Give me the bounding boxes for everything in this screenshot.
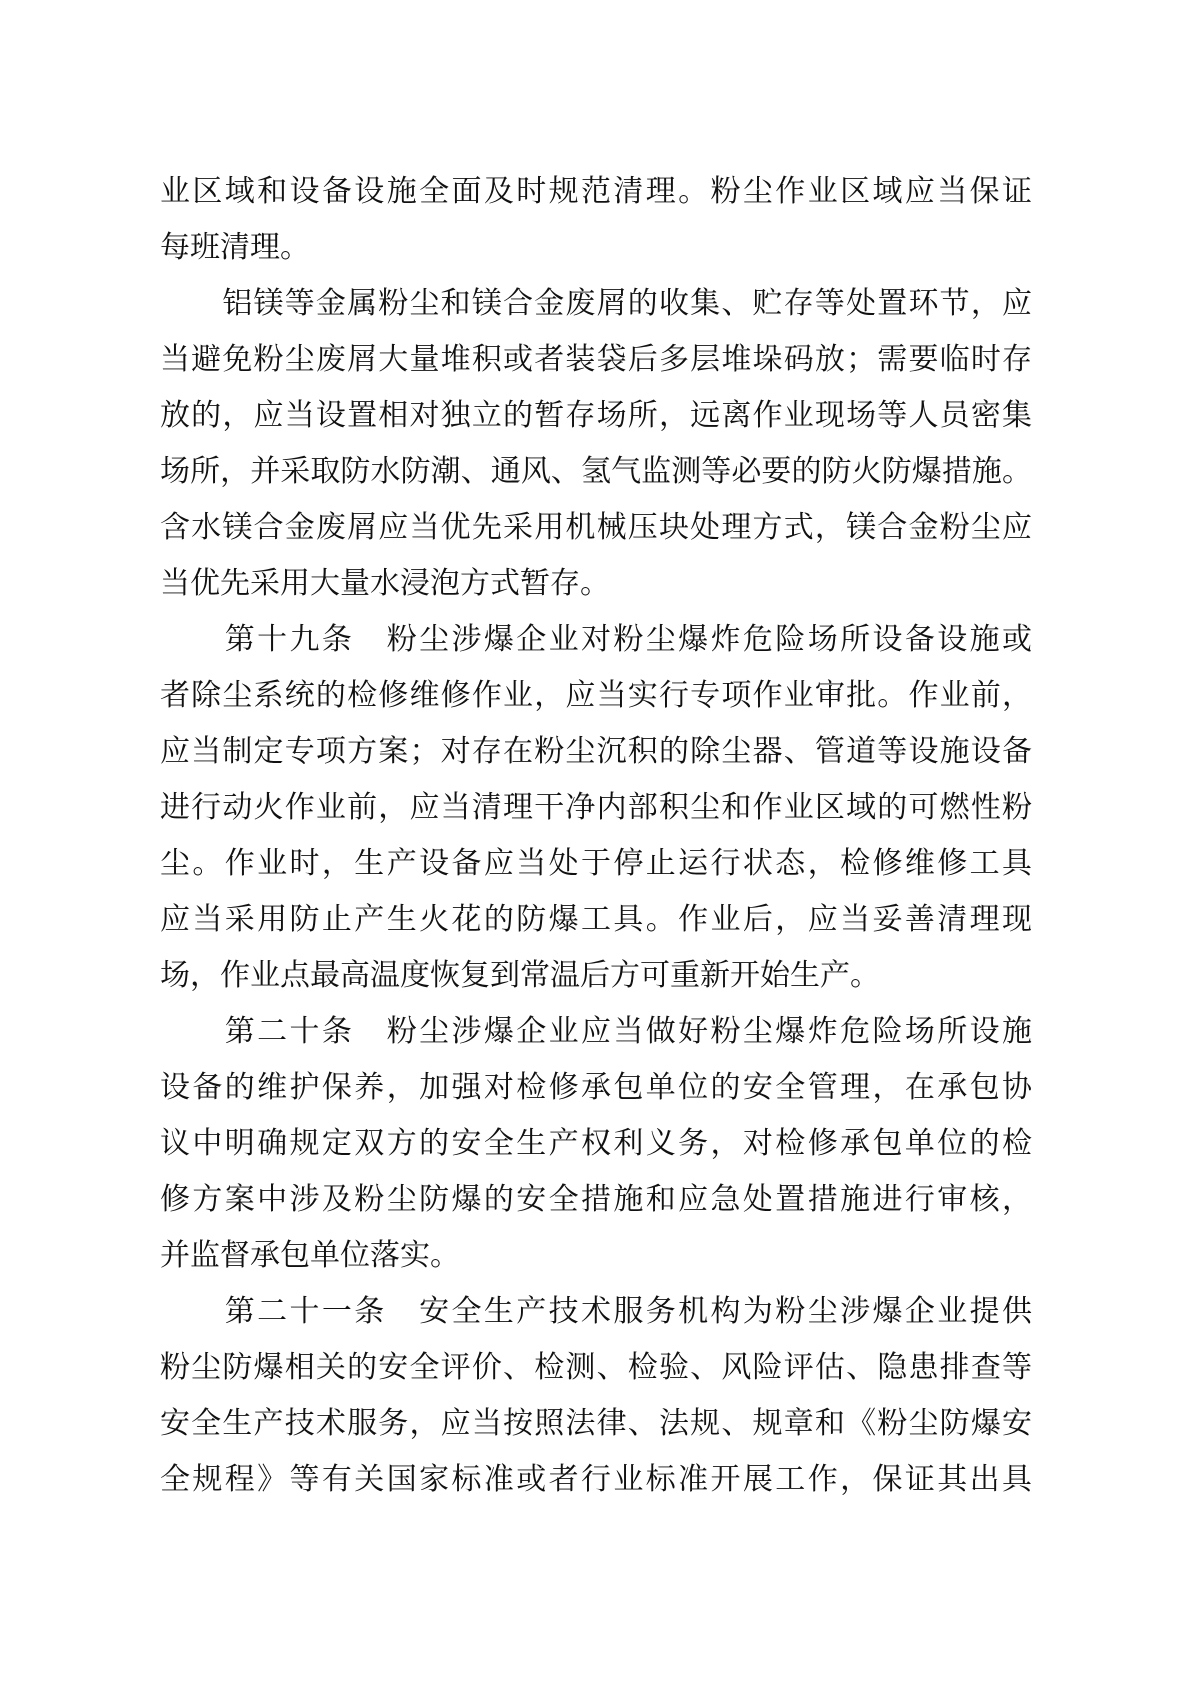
text-line: 应当采用防止产生火花的防爆工具。作业后，应当妥善清理现 — [160, 892, 1032, 948]
text-line: 议中明确规定双方的安全生产权利义务，对检修承包单位的检 — [160, 1116, 1032, 1172]
text-line: 第十九条 粉尘涉爆企业对粉尘爆炸危险场所设备设施或 — [160, 612, 1032, 668]
document-page: 业区域和设备设施全面及时规范清理。粉尘作业区域应当保证 每班清理。 铝镁等金属粉… — [0, 0, 1190, 1683]
text-line: 场所，并采取防水防潮、通风、氢气监测等必要的防火防爆措施。 — [160, 444, 1032, 500]
text-line: 场，作业点最高温度恢复到常温后方可重新开始生产。 — [160, 948, 1032, 1004]
text-line: 设备的维护保养，加强对检修承包单位的安全管理，在承包协 — [160, 1060, 1032, 1116]
text-line: 应当制定专项方案；对存在粉尘沉积的除尘器、管道等设施设备 — [160, 724, 1032, 780]
text-line: 业区域和设备设施全面及时规范清理。粉尘作业区域应当保证 — [160, 164, 1032, 220]
text-line: 安全生产技术服务，应当按照法律、法规、规章和《粉尘防爆安 — [160, 1396, 1032, 1452]
text-line: 进行动火作业前，应当清理干净内部积尘和作业区域的可燃性粉 — [160, 780, 1032, 836]
text-line: 放的，应当设置相对独立的暂存场所，远离作业现场等人员密集 — [160, 388, 1032, 444]
text-line: 含水镁合金废屑应当优先采用机械压块处理方式，镁合金粉尘应 — [160, 500, 1032, 556]
text-line: 修方案中涉及粉尘防爆的安全措施和应急处置措施进行审核， — [160, 1172, 1032, 1228]
text-line: 者除尘系统的检修维修作业，应当实行专项作业审批。作业前， — [160, 668, 1032, 724]
text-line: 每班清理。 — [160, 220, 1032, 276]
text-line: 全规程》等有关国家标准或者行业标准开展工作，保证其出具 — [160, 1452, 1032, 1508]
text-line: 第二十一条 安全生产技术服务机构为粉尘涉爆企业提供 — [160, 1284, 1032, 1340]
text-block: 业区域和设备设施全面及时规范清理。粉尘作业区域应当保证 每班清理。 铝镁等金属粉… — [160, 164, 1032, 1508]
text-line: 粉尘防爆相关的安全评价、检测、检验、风险评估、隐患排查等 — [160, 1340, 1032, 1396]
text-line: 铝镁等金属粉尘和镁合金废屑的收集、贮存等处置环节，应 — [160, 276, 1032, 332]
text-line: 尘。作业时，生产设备应当处于停止运行状态，检修维修工具 — [160, 836, 1032, 892]
text-line: 第二十条 粉尘涉爆企业应当做好粉尘爆炸危险场所设施 — [160, 1004, 1032, 1060]
text-line: 当避免粉尘废屑大量堆积或者装袋后多层堆垛码放；需要临时存 — [160, 332, 1032, 388]
text-line: 当优先采用大量水浸泡方式暂存。 — [160, 556, 1032, 612]
text-line: 并监督承包单位落实。 — [160, 1228, 1032, 1284]
